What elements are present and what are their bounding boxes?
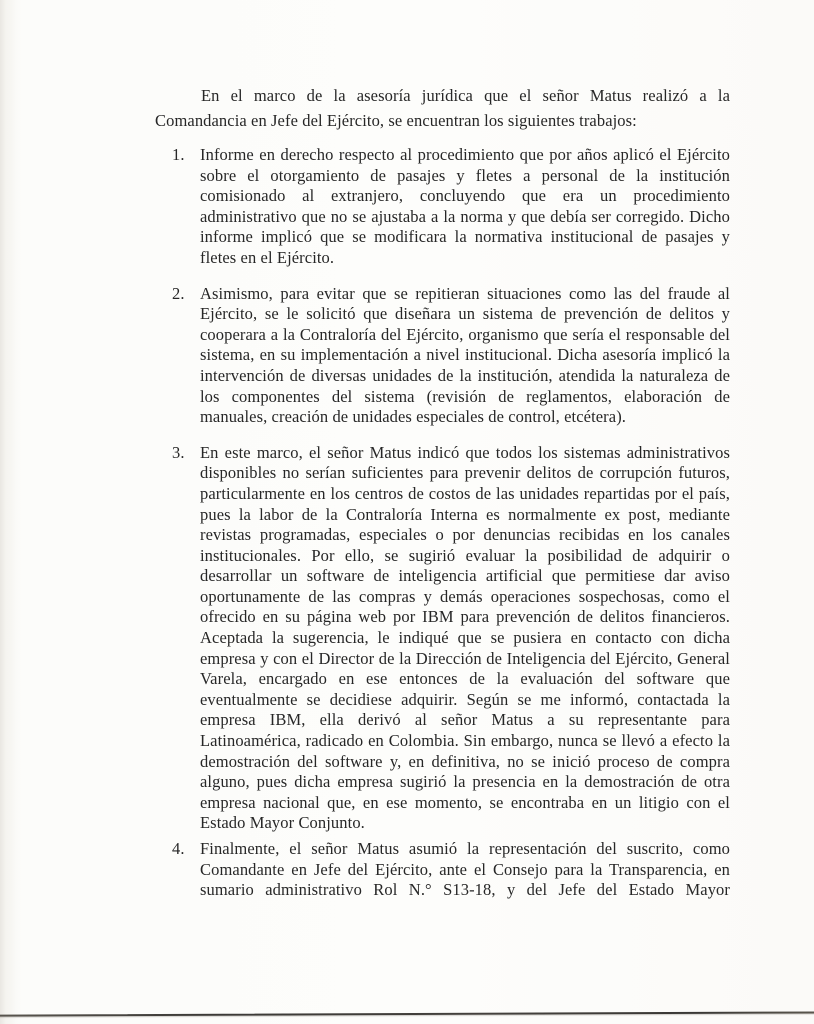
document-body: En el marco de la asesoría jurídica que … (155, 83, 730, 916)
list-item-2-text: Asimismo, para evitar que se repitieran … (200, 284, 730, 427)
list-item-4-number: 4. (172, 839, 185, 860)
list-item-2: 2. Asimismo, para evitar que se repitier… (155, 284, 730, 428)
list-item-1-number: 1. (172, 145, 185, 166)
list-item-2-number: 2. (172, 284, 185, 305)
scan-artifact-line (0, 1011, 814, 1017)
paper-edge-shadow (0, 0, 16, 1024)
list-item-4: 4. Finalmente, el señor Matus asumió la … (155, 839, 730, 901)
list-item-3-text: En este marco, el señor Matus indicó que… (200, 443, 730, 833)
intro-paragraph: En el marco de la asesoría jurídica que … (155, 83, 730, 133)
list-item-3: 3. En este marco, el señor Matus indicó … (155, 443, 730, 834)
list-item-4-text: Finalmente, el señor Matus asumió la rep… (200, 839, 730, 899)
scanned-document-page: { "page": { "paper_color": "#fcfcfa", "i… (0, 0, 814, 1024)
list-item-3-number: 3. (172, 443, 185, 464)
list-item-1-text: Informe en derecho respecto al procedimi… (200, 145, 730, 267)
list-item-1: 1. Informe en derecho respecto al proced… (155, 145, 730, 269)
